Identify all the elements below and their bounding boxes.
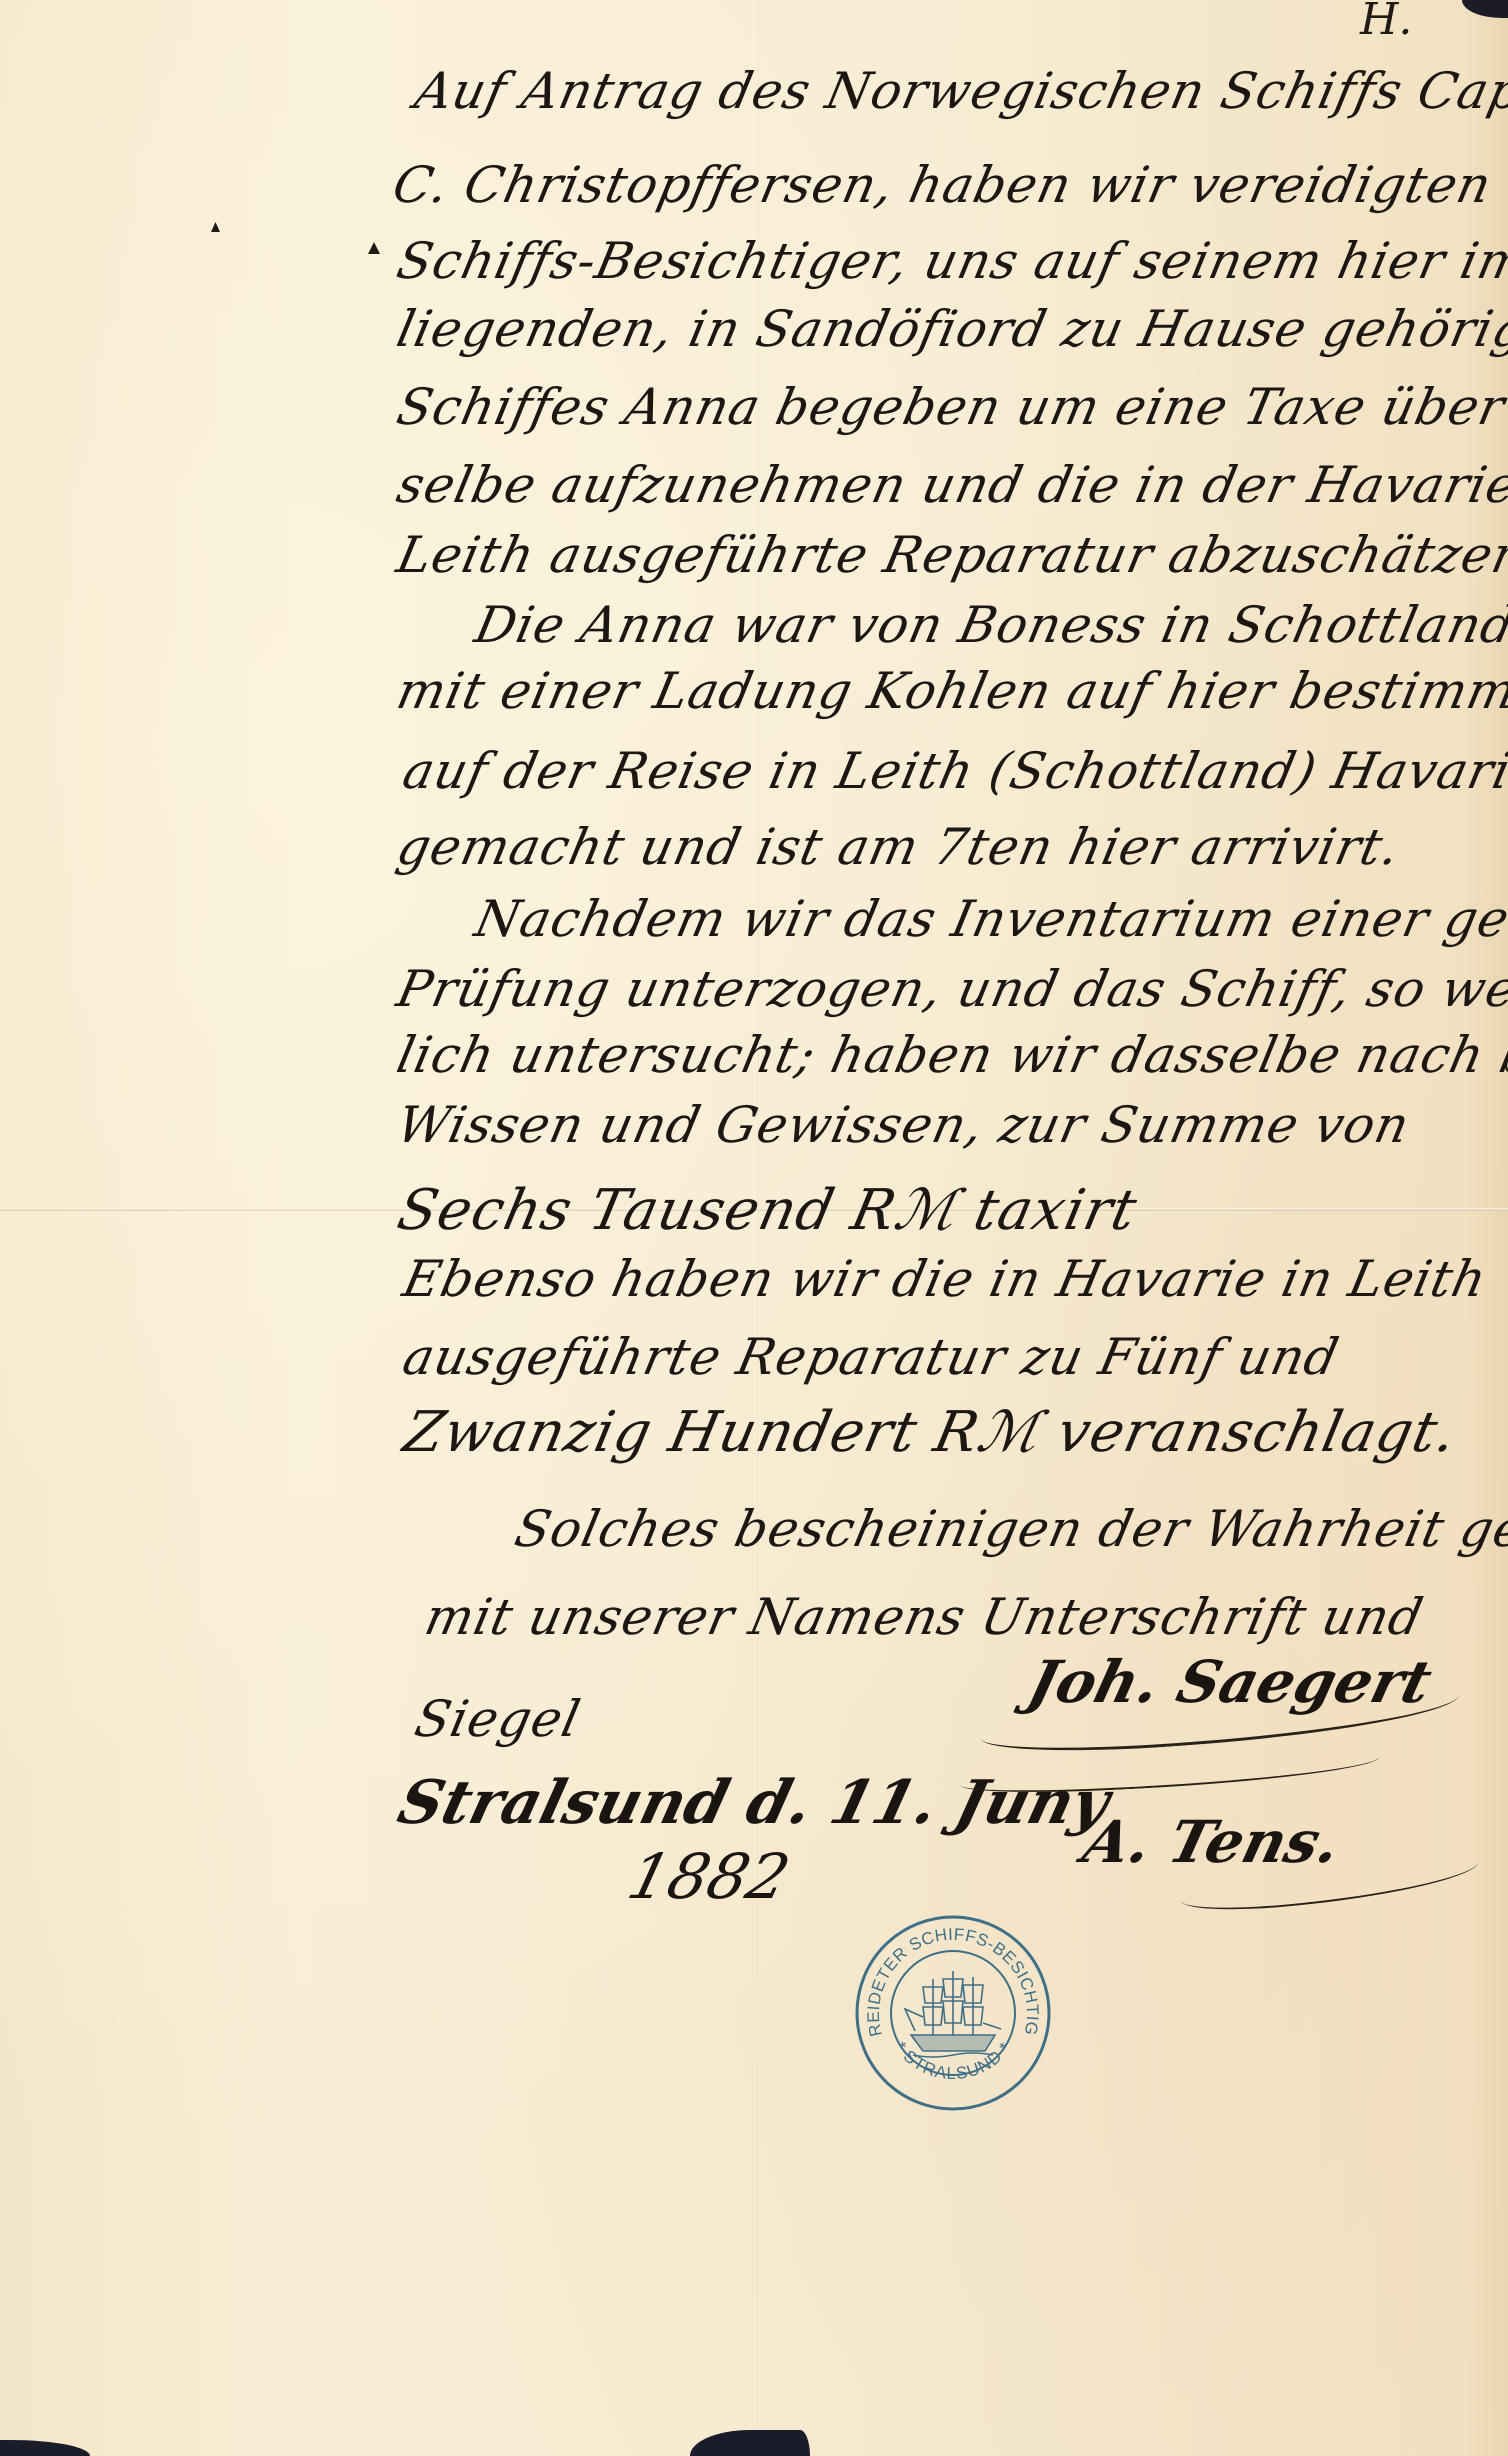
body-line: auf der Reise in Leith (Schottland) Hava… [398,742,1508,800]
body-line: ausgeführte Reparatur zu Fünf und [398,1328,1344,1386]
body-line: Nachdem wir das Inventarium einer genaue… [470,890,1508,948]
official-stamp: VEREIDETER SCHIFFS-BESICHTIGER * STRALSU… [853,1913,1053,2113]
body-line: Prüfung unterzogen, und das Schiff, so w… [392,960,1508,1018]
body-line: mit einer Ladung Kohlen auf hier bestimm… [392,662,1508,720]
body-line: Solches bescheinigen der Wahrheit gemäss [510,1500,1508,1558]
body-line: Siegel [410,1690,586,1748]
body-line: C. Christopffersen, haben wir vereidigte… [388,156,1497,214]
body-line: Schiffs-Besichtiger, uns auf seinem hier… [392,232,1508,290]
body-line: Die Anna war von Boness in Schottland [470,596,1508,654]
body-line: Zwanzig Hundert Rℳ veranschlagt. [398,1400,1463,1465]
year: 1882 [621,1840,797,1913]
page-mark: H. [1360,0,1412,45]
body-line: Ebenso haben wir die in Havarie in Leith [398,1250,1492,1308]
body-line: selbe aufzunehmen und die in der Havarie… [392,456,1508,514]
body-line: liegenden, in Sandöfiord zu Hause gehöri… [392,300,1508,358]
ship-icon [905,1971,1001,2057]
body-line: Wissen und Gewissen, zur Summe von [392,1096,1415,1154]
body-line: Leith ausgeführte Reparatur abzuschätzen… [392,526,1508,584]
body-line: mit unserer Namens Unterschrift und [420,1588,1429,1646]
body-line: lich untersucht; haben wir dasselbe nach… [392,1026,1508,1084]
body-line: Schiffes Anna begeben um eine Taxe über … [392,378,1508,436]
stamp-seal-icon: VEREIDETER SCHIFFS-BESICHTIGER * STRALSU… [853,1913,1053,2113]
body-line: gemacht und ist am 7ten hier arrivirt. [392,818,1405,876]
body-line: Sechs Tausend Rℳ taxirt [392,1178,1143,1243]
body-line: Auf Antrag des Norwegischen Schiffs Capi… [410,62,1508,120]
